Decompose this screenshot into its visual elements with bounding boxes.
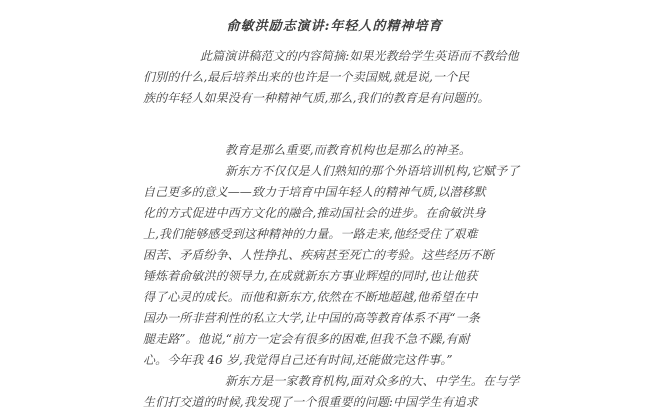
document-page: 俞敏洪励志演讲:年轻人的精神培育 此篇演讲稿范文的内容简摘:如果光教给学生英语而… [0, 0, 669, 417]
text-line: 锤炼着俞敏洪的领导力,在成就新东方事业辉煌的同时,也让他获 [143, 266, 503, 287]
text-line: 自己更多的意义——致力于培育中国年轻人的精神气质,以潜移默 [143, 182, 503, 203]
paragraph-intro: 此篇演讲稿范文的内容简摘:如果光教给学生英语而不教给他们别的什么,最后培养出来的… [143, 46, 503, 109]
text-line: 生们打交道的时候,我发现了一个很重要的问题:中国学生有追求 [143, 392, 503, 413]
document-title: 俞敏洪励志演讲:年轻人的精神培育 [0, 0, 669, 34]
paragraph-neworiental: 新东方不仅仅是人们熟知的那个外语培训机构,它赋予了自己更多的意义——致力于培育中… [143, 161, 503, 371]
text-line: 腿走路”。他说,“前方一定会有很多的困难,但我不急不躁,有耐 [143, 329, 503, 350]
text-line: 们别的什么,最后培养出来的也许是一个卖国贼,就是说,一个民 [143, 67, 503, 88]
text-line: 国办一所非营利性的私立大学,让中国的高等教育体系不再“一条 [143, 308, 503, 329]
text-line: 困苦、矛盾纷争、人性挣扎、疾病甚至死亡的考验。这些经历不断 [143, 245, 503, 266]
text-line: 上,我们能够感受到这种精神的力量。一路走来,他经受住了艰难 [143, 224, 503, 245]
text-line: 此篇演讲稿范文的内容简摘:如果光教给学生英语而不教给他 [143, 46, 503, 67]
text-line: 化的方式促进中西方文化的融合,推动国社会的进步。在俞敏洪身 [143, 203, 503, 224]
paragraph-education: 教育是那么重要,而教育机构也是那么的神圣。 [143, 140, 503, 161]
document-body: 此篇演讲稿范文的内容简摘:如果光教给学生英语而不教给他们别的什么,最后培养出来的… [143, 46, 503, 413]
text-line: 新东方是一家教育机构,面对众多的大、中学生。在与学 [143, 371, 503, 392]
text-line: 族的年轻人如果没有一种精神气质,那么,我们的教育是有问题的。 [143, 88, 503, 109]
text-line: 心。今年我 46 岁,我觉得自己还有时间,还能做完这件事。” [143, 350, 503, 371]
text-line: 新东方不仅仅是人们熟知的那个外语培训机构,它赋予了 [143, 161, 503, 182]
text-line: 得了心灵的成长。而他和新东方,依然在不断地超越,他希望在中 [143, 287, 503, 308]
text-line: 教育是那么重要,而教育机构也是那么的神圣。 [143, 140, 503, 161]
paragraph-students: 新东方是一家教育机构,面对众多的大、中学生。在与学生们打交道的时候,我发现了一个… [143, 371, 503, 413]
